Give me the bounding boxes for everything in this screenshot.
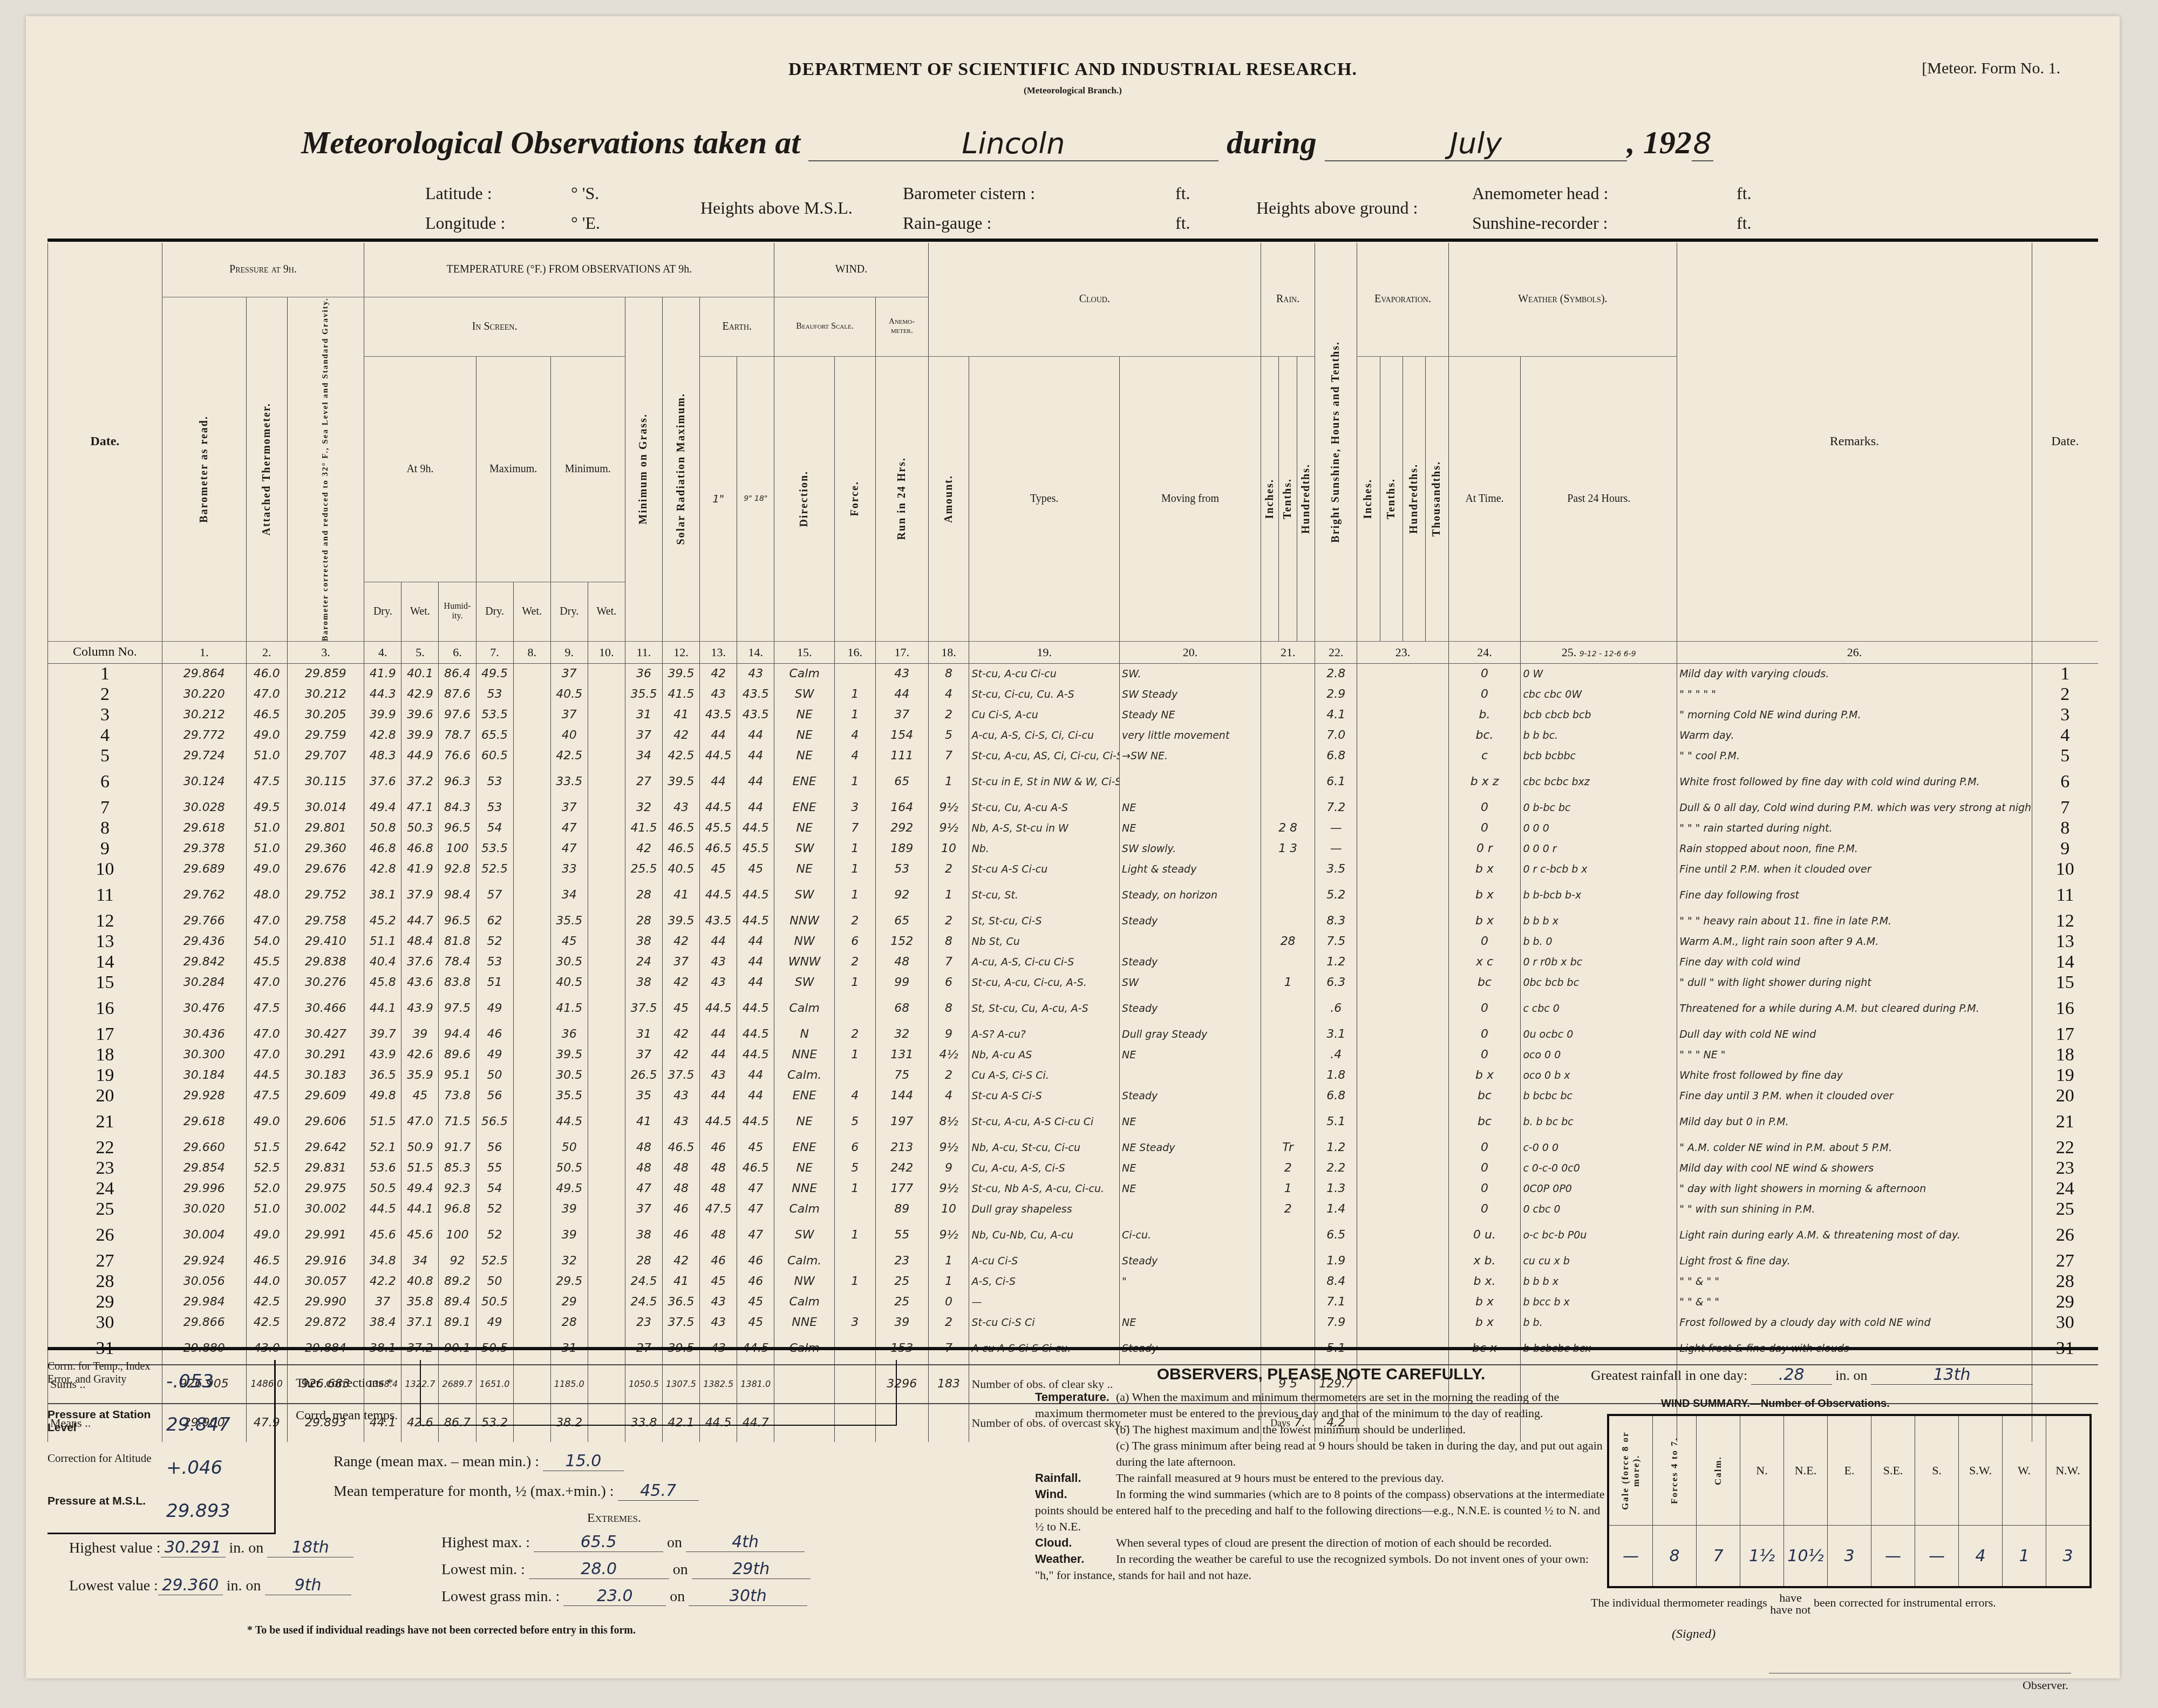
cloud-amount-cell[interactable]: 9 [928,1158,969,1179]
wind-run-cell[interactable]: 48 [875,952,928,972]
remarks-cell[interactable]: " day with light showers in morning & af… [1677,1179,2032,1199]
grass-min-cell[interactable]: 37 [625,1045,662,1065]
evaporation-cell[interactable] [1357,1271,1448,1292]
solar-max-cell[interactable]: 43 [662,1086,699,1106]
wet-bulb-cell[interactable]: 44.1 [401,1199,439,1220]
weather-at-time-cell[interactable]: 0 r [1448,839,1521,859]
wind-run-cell[interactable]: 68 [875,993,928,1024]
cloud-amount-cell[interactable]: 2 [928,1312,969,1333]
max-dry-cell[interactable]: 46 [476,1024,513,1045]
remarks-cell[interactable]: " " & " " [1677,1292,2032,1312]
rain-cell[interactable] [1261,1065,1315,1086]
date-cell[interactable]: 19 [48,1065,162,1086]
earth-1ft-cell[interactable]: 44.5 [700,798,737,818]
dry-bulb-cell[interactable]: 51.1 [364,931,401,952]
dry-bulb-cell[interactable]: 37.6 [364,766,401,798]
corrected-barometer-cell[interactable]: 29.990 [287,1292,364,1312]
humidity-cell[interactable]: 86.4 [439,663,476,684]
attached-thermometer-cell[interactable]: 44.5 [246,1065,287,1086]
wet-bulb-cell[interactable]: 42.6 [401,1045,439,1065]
wind-force-cell[interactable]: 6 [834,1138,875,1158]
date-cell[interactable]: 14 [48,952,162,972]
wind-direction-cell[interactable]: NE [774,705,834,725]
wind-direction-cell[interactable]: NNE [774,1312,834,1333]
cloud-amount-cell[interactable]: 9½ [928,1220,969,1251]
min-wet-cell[interactable] [588,952,625,972]
wind-run-cell[interactable]: 242 [875,1158,928,1179]
min-dry-cell[interactable]: 34 [550,880,588,911]
earth-1ft-cell[interactable]: 43.5 [700,911,737,931]
sunshine-cell[interactable]: .6 [1315,993,1357,1024]
solar-max-cell[interactable]: 41.5 [662,684,699,705]
weather-at-time-cell[interactable]: c [1448,746,1521,766]
min-dry-cell[interactable]: 47 [550,818,588,839]
date-cell[interactable]: 1 [48,663,162,684]
max-dry-cell[interactable]: 57 [476,880,513,911]
weather-past24-cell[interactable]: c-0 0 0 [1521,1138,1677,1158]
cloud-types-cell[interactable]: St-cu, Cu, A-cu A-S [969,798,1120,818]
humidity-cell[interactable]: 92.3 [439,1179,476,1199]
weather-at-time-cell[interactable]: 0 [1448,1024,1521,1045]
attached-thermometer-cell[interactable]: 51.0 [246,746,287,766]
min-dry-cell[interactable]: 29 [550,1292,588,1312]
date-right-cell[interactable]: 17 [2032,1024,2098,1045]
wind-run-cell[interactable]: 177 [875,1179,928,1199]
wind-run-cell[interactable]: 164 [875,798,928,818]
grass-min-cell[interactable]: 38 [625,1220,662,1251]
wind-direction-cell[interactable]: Calm [774,663,834,684]
dry-bulb-cell[interactable]: 49.4 [364,798,401,818]
evaporation-cell[interactable] [1357,818,1448,839]
min-wet-cell[interactable] [588,972,625,993]
earth-1ft-cell[interactable]: 43 [700,1312,737,1333]
earth-1ft-cell[interactable]: 46 [700,1138,737,1158]
wind-run-cell[interactable]: 89 [875,1199,928,1220]
wind-run-cell[interactable]: 189 [875,839,928,859]
sunshine-cell[interactable]: 1.8 [1315,1065,1357,1086]
cloud-moving-cell[interactable]: Light & steady [1120,859,1261,880]
max-wet-cell[interactable] [513,1158,550,1179]
weather-past24-cell[interactable]: 0 b-bc bc [1521,798,1677,818]
humidity-cell[interactable]: 95.1 [439,1065,476,1086]
earth-1ft-cell[interactable]: 44 [700,1045,737,1065]
min-dry-cell[interactable]: 42.5 [550,746,588,766]
cloud-moving-cell[interactable]: SW slowly. [1120,839,1261,859]
rain-cell[interactable] [1261,993,1315,1024]
attached-thermometer-cell[interactable]: 49.5 [246,798,287,818]
earth-9-18-cell[interactable]: 44.5 [737,1106,774,1138]
earth-1ft-cell[interactable]: 48 [700,1220,737,1251]
sunshine-cell[interactable]: 1.2 [1315,952,1357,972]
date-right-cell[interactable]: 25 [2032,1199,2098,1220]
earth-9-18-cell[interactable]: 43 [737,663,774,684]
dry-bulb-cell[interactable]: 46.8 [364,839,401,859]
humidity-cell[interactable]: 96.8 [439,1199,476,1220]
corrected-barometer-cell[interactable]: 29.759 [287,725,364,746]
wet-bulb-cell[interactable]: 39.6 [401,705,439,725]
weather-past24-cell[interactable]: 0 0 0 [1521,818,1677,839]
earth-1ft-cell[interactable]: 43 [700,684,737,705]
date-cell[interactable]: 4 [48,725,162,746]
min-wet-cell[interactable] [588,911,625,931]
corrected-barometer-cell[interactable]: 29.838 [287,952,364,972]
cloud-types-cell[interactable]: A-S? A-cu? [969,1024,1120,1045]
rain-cell[interactable] [1261,952,1315,972]
attached-thermometer-cell[interactable]: 54.0 [246,931,287,952]
wind-force-cell[interactable]: 1 [834,1045,875,1065]
dry-bulb-cell[interactable]: 37 [364,1292,401,1312]
cloud-types-cell[interactable]: Nb, A-cu, St-cu, Ci-cu [969,1138,1120,1158]
grass-min-cell[interactable]: 24.5 [625,1271,662,1292]
date-cell[interactable]: 24 [48,1179,162,1199]
date-cell[interactable]: 21 [48,1106,162,1138]
solar-max-cell[interactable]: 43 [662,798,699,818]
cloud-moving-cell[interactable]: Dull gray Steady [1120,1024,1261,1045]
min-wet-cell[interactable] [588,818,625,839]
weather-at-time-cell[interactable]: 0 [1448,1158,1521,1179]
wind-direction-cell[interactable]: Calm [774,1292,834,1312]
date-right-cell[interactable]: 27 [2032,1251,2098,1271]
attached-thermometer-cell[interactable]: 51.5 [246,1138,287,1158]
sunshine-cell[interactable]: 3.1 [1315,1024,1357,1045]
sunshine-cell[interactable]: .4 [1315,1045,1357,1065]
cloud-moving-cell[interactable] [1120,931,1261,952]
weather-at-time-cell[interactable]: x c [1448,952,1521,972]
weather-past24-cell[interactable]: 0 0 0 r [1521,839,1677,859]
attached-thermometer-cell[interactable]: 48.0 [246,880,287,911]
dry-bulb-cell[interactable]: 51.5 [364,1106,401,1138]
weather-at-time-cell[interactable]: b x z [1448,766,1521,798]
remarks-cell[interactable]: Light frost & fine day. [1677,1251,2032,1271]
evaporation-cell[interactable] [1357,952,1448,972]
weather-at-time-cell[interactable]: b x [1448,1065,1521,1086]
min-wet-cell[interactable] [588,1065,625,1086]
wind-run-cell[interactable]: 75 [875,1065,928,1086]
sunshine-cell[interactable]: 7.1 [1315,1292,1357,1312]
attached-thermometer-cell[interactable]: 49.0 [246,859,287,880]
humidity-cell[interactable]: 71.5 [439,1106,476,1138]
wind-run-cell[interactable]: 197 [875,1106,928,1138]
solar-max-cell[interactable]: 42 [662,1045,699,1065]
dry-bulb-cell[interactable]: 50.5 [364,1179,401,1199]
wind-run-cell[interactable]: 144 [875,1086,928,1106]
min-wet-cell[interactable] [588,1220,625,1251]
earth-1ft-cell[interactable]: 44.5 [700,993,737,1024]
cloud-amount-cell[interactable]: 2 [928,911,969,931]
cloud-moving-cell[interactable]: Steady [1120,911,1261,931]
min-wet-cell[interactable] [588,746,625,766]
weather-at-time-cell[interactable]: 0 [1448,1138,1521,1158]
cloud-amount-cell[interactable]: 7 [928,952,969,972]
min-wet-cell[interactable] [588,839,625,859]
date-right-cell[interactable]: 20 [2032,1086,2098,1106]
date-cell[interactable]: 2 [48,684,162,705]
sunshine-cell[interactable]: 6.1 [1315,766,1357,798]
weather-at-time-cell[interactable]: b x [1448,911,1521,931]
max-wet-cell[interactable] [513,1065,550,1086]
min-dry-cell[interactable]: 50 [550,1138,588,1158]
max-wet-cell[interactable] [513,1292,550,1312]
min-wet-cell[interactable] [588,684,625,705]
date-right-cell[interactable]: 4 [2032,725,2098,746]
wind-run-cell[interactable]: 213 [875,1138,928,1158]
sunshine-cell[interactable]: 2.2 [1315,1158,1357,1179]
min-wet-cell[interactable] [588,1024,625,1045]
remarks-cell[interactable]: " " " NE " [1677,1045,2032,1065]
corrected-barometer-cell[interactable]: 30.466 [287,993,364,1024]
wind-run-cell[interactable]: 32 [875,1024,928,1045]
earth-9-18-cell[interactable]: 45 [737,1138,774,1158]
attached-thermometer-cell[interactable]: 47.0 [246,684,287,705]
dry-bulb-cell[interactable]: 44.1 [364,993,401,1024]
barometer-cell[interactable]: 30.220 [162,684,246,705]
evaporation-cell[interactable] [1357,839,1448,859]
remarks-cell[interactable]: " morning Cold NE wind during P.M. [1677,705,2032,725]
grass-min-cell[interactable]: 24.5 [625,1292,662,1312]
attached-thermometer-cell[interactable]: 46.5 [246,1251,287,1271]
evaporation-cell[interactable] [1357,880,1448,911]
rain-cell[interactable]: Tr [1261,1138,1315,1158]
evaporation-cell[interactable] [1357,725,1448,746]
rain-cell[interactable] [1261,1220,1315,1251]
weather-at-time-cell[interactable]: b x [1448,880,1521,911]
grass-min-cell[interactable]: 28 [625,880,662,911]
earth-1ft-cell[interactable]: 43 [700,1292,737,1312]
earth-1ft-cell[interactable]: 44 [700,1086,737,1106]
weather-past24-cell[interactable]: cbc cbc 0W [1521,684,1677,705]
wind-direction-cell[interactable]: SW [774,1220,834,1251]
corrected-barometer-cell[interactable]: 30.276 [287,972,364,993]
cloud-moving-cell[interactable]: SW. [1120,663,1261,684]
cloud-amount-cell[interactable]: 2 [928,705,969,725]
weather-past24-cell[interactable]: c 0-c-0 0c0 [1521,1158,1677,1179]
evaporation-cell[interactable] [1357,1312,1448,1333]
remarks-cell[interactable]: " " with sun shining in P.M. [1677,1199,2032,1220]
weather-past24-cell[interactable]: oco 0 0 [1521,1045,1677,1065]
wet-bulb-cell[interactable]: 44.7 [401,911,439,931]
wind-force-cell[interactable]: 1 [834,1220,875,1251]
cloud-types-cell[interactable]: St-cu, A-cu, AS, Ci, Ci-cu, Ci-S. [969,746,1120,766]
rain-cell[interactable] [1261,1106,1315,1138]
weather-past24-cell[interactable]: b bcbc bc [1521,1086,1677,1106]
max-wet-cell[interactable] [513,1138,550,1158]
remarks-cell[interactable]: Fine day until 3 P.M. when it clouded ov… [1677,1086,2032,1106]
cloud-amount-cell[interactable]: 9½ [928,1138,969,1158]
remarks-cell[interactable]: Frost followed by a cloudy day with cold… [1677,1312,2032,1333]
rain-cell[interactable]: 1 [1261,1179,1315,1199]
wind-force-cell[interactable] [834,663,875,684]
wind-run-cell[interactable]: 292 [875,818,928,839]
cloud-amount-cell[interactable]: 1 [928,1251,969,1271]
rain-cell[interactable] [1261,859,1315,880]
max-dry-cell[interactable]: 53.5 [476,839,513,859]
wind-force-cell[interactable]: 4 [834,1086,875,1106]
remarks-cell[interactable]: " " " heavy rain about 11. fine in late … [1677,911,2032,931]
humidity-cell[interactable]: 97.5 [439,993,476,1024]
date-cell[interactable]: 25 [48,1199,162,1220]
cloud-moving-cell[interactable]: →SW NE. [1120,746,1261,766]
solar-max-cell[interactable]: 45 [662,993,699,1024]
wet-bulb-cell[interactable]: 40.1 [401,663,439,684]
cloud-moving-cell[interactable]: NE [1120,1179,1261,1199]
weather-at-time-cell[interactable]: bc. [1448,725,1521,746]
earth-9-18-cell[interactable]: 46.5 [737,1158,774,1179]
wind-force-cell[interactable]: 6 [834,931,875,952]
evaporation-cell[interactable] [1357,1065,1448,1086]
date-right-cell[interactable]: 21 [2032,1106,2098,1138]
wind-run-cell[interactable]: 23 [875,1251,928,1271]
earth-9-18-cell[interactable]: 44.5 [737,1045,774,1065]
sunshine-cell[interactable]: 4.1 [1315,705,1357,725]
min-wet-cell[interactable] [588,1271,625,1292]
date-right-cell[interactable]: 30 [2032,1312,2098,1333]
earth-9-18-cell[interactable]: 43.5 [737,705,774,725]
corrected-barometer-cell[interactable]: 29.831 [287,1158,364,1179]
cloud-types-cell[interactable]: St-cu, Ci-cu, Cu. A-S [969,684,1120,705]
wet-bulb-cell[interactable]: 47.1 [401,798,439,818]
dry-bulb-cell[interactable]: 48.3 [364,746,401,766]
wet-bulb-cell[interactable]: 41.9 [401,859,439,880]
cloud-amount-cell[interactable]: 4 [928,1086,969,1106]
attached-thermometer-cell[interactable]: 51.0 [246,839,287,859]
barometer-cell[interactable]: 30.184 [162,1065,246,1086]
earth-9-18-cell[interactable]: 44 [737,766,774,798]
wind-direction-cell[interactable]: Calm [774,1199,834,1220]
solar-max-cell[interactable]: 42 [662,1024,699,1045]
wind-run-cell[interactable]: 65 [875,766,928,798]
earth-9-18-cell[interactable]: 44 [737,725,774,746]
date-right-cell[interactable]: 8 [2032,818,2098,839]
dry-bulb-cell[interactable]: 42.8 [364,725,401,746]
rain-cell[interactable] [1261,725,1315,746]
dry-bulb-cell[interactable]: 52.1 [364,1138,401,1158]
attached-thermometer-cell[interactable]: 47.0 [246,972,287,993]
grass-min-cell[interactable]: 31 [625,1024,662,1045]
weather-past24-cell[interactable]: 0u ocbc 0 [1521,1024,1677,1045]
barometer-cell[interactable]: 29.618 [162,818,246,839]
wind-run-cell[interactable]: 39 [875,1312,928,1333]
barometer-cell[interactable]: 29.762 [162,880,246,911]
min-dry-cell[interactable]: 50.5 [550,1158,588,1179]
earth-9-18-cell[interactable]: 46 [737,1271,774,1292]
min-dry-cell[interactable]: 49.5 [550,1179,588,1199]
wet-bulb-cell[interactable]: 45 [401,1086,439,1106]
weather-past24-cell[interactable]: o-c bc-b P0u [1521,1220,1677,1251]
cloud-amount-cell[interactable]: 8 [928,663,969,684]
max-dry-cell[interactable]: 56 [476,1086,513,1106]
humidity-cell[interactable]: 92 [439,1251,476,1271]
wind-force-cell[interactable]: 1 [834,839,875,859]
cloud-moving-cell[interactable] [1120,1292,1261,1312]
barometer-cell[interactable]: 29.772 [162,725,246,746]
cloud-types-cell[interactable]: Nb, A-cu AS [969,1045,1120,1065]
max-wet-cell[interactable] [513,746,550,766]
attached-thermometer-cell[interactable]: 47.5 [246,1086,287,1106]
earth-1ft-cell[interactable]: 43 [700,972,737,993]
grass-min-cell[interactable]: 42 [625,839,662,859]
corrected-barometer-cell[interactable]: 29.642 [287,1138,364,1158]
rain-cell[interactable] [1261,705,1315,725]
cloud-amount-cell[interactable]: 7 [928,746,969,766]
barometer-cell[interactable]: 29.766 [162,911,246,931]
barometer-cell[interactable]: 30.436 [162,1024,246,1045]
wind-force-cell[interactable]: 2 [834,952,875,972]
corrected-barometer-cell[interactable]: 29.758 [287,911,364,931]
wind-run-cell[interactable]: 53 [875,859,928,880]
station-field[interactable]: Lincoln [808,126,1218,161]
wind-direction-cell[interactable]: NNE [774,1045,834,1065]
cloud-moving-cell[interactable]: Steady [1120,1251,1261,1271]
weather-at-time-cell[interactable]: bc [1448,1086,1521,1106]
min-wet-cell[interactable] [588,1292,625,1312]
wet-bulb-cell[interactable]: 39.9 [401,725,439,746]
min-wet-cell[interactable] [588,993,625,1024]
wind-direction-cell[interactable]: N [774,1024,834,1045]
grass-min-cell[interactable]: 47 [625,1179,662,1199]
cloud-types-cell[interactable]: St-cu A-S Ci-S [969,1086,1120,1106]
cloud-amount-cell[interactable]: 1 [928,1271,969,1292]
remarks-cell[interactable]: White frost followed by fine day [1677,1065,2032,1086]
remarks-cell[interactable]: " " cool P.M. [1677,746,2032,766]
grass-min-cell[interactable]: 48 [625,1158,662,1179]
attached-thermometer-cell[interactable]: 52.0 [246,1179,287,1199]
max-dry-cell[interactable]: 53 [476,798,513,818]
sunshine-cell[interactable]: 7.5 [1315,931,1357,952]
wind-run-cell[interactable]: 65 [875,911,928,931]
date-cell[interactable]: 15 [48,972,162,993]
wind-force-cell[interactable]: 3 [834,1312,875,1333]
barometer-cell[interactable]: 29.660 [162,1138,246,1158]
sunshine-cell[interactable]: 8.4 [1315,1271,1357,1292]
rain-cell[interactable]: 2 [1261,1199,1315,1220]
max-dry-cell[interactable]: 54 [476,818,513,839]
humidity-cell[interactable]: 89.4 [439,1292,476,1312]
max-dry-cell[interactable]: 49 [476,1312,513,1333]
attached-thermometer-cell[interactable]: 51.0 [246,818,287,839]
wind-direction-cell[interactable]: Calm. [774,1251,834,1271]
attached-thermometer-cell[interactable]: 52.5 [246,1158,287,1179]
grass-min-cell[interactable]: 25.5 [625,859,662,880]
cloud-types-cell[interactable]: Nb. [969,839,1120,859]
solar-max-cell[interactable]: 46.5 [662,818,699,839]
date-right-cell[interactable]: 18 [2032,1045,2098,1065]
barometer-cell[interactable]: 30.300 [162,1045,246,1065]
date-right-cell[interactable]: 16 [2032,993,2098,1024]
wind-run-cell[interactable]: 55 [875,1220,928,1251]
sunshine-cell[interactable]: 7.0 [1315,725,1357,746]
rain-cell[interactable] [1261,1086,1315,1106]
wind-direction-cell[interactable]: NNW [774,911,834,931]
max-dry-cell[interactable]: 49 [476,993,513,1024]
wind-run-cell[interactable]: 99 [875,972,928,993]
max-dry-cell[interactable]: 56.5 [476,1106,513,1138]
min-wet-cell[interactable] [588,1086,625,1106]
date-cell[interactable]: 29 [48,1292,162,1312]
min-dry-cell[interactable]: 30.5 [550,952,588,972]
max-dry-cell[interactable]: 52 [476,1220,513,1251]
date-cell[interactable]: 5 [48,746,162,766]
attached-thermometer-cell[interactable]: 46.0 [246,663,287,684]
corrected-barometer-cell[interactable]: 29.975 [287,1179,364,1199]
attached-thermometer-cell[interactable]: 42.5 [246,1312,287,1333]
earth-9-18-cell[interactable]: 45 [737,1292,774,1312]
grass-min-cell[interactable]: 36 [625,663,662,684]
date-cell[interactable]: 9 [48,839,162,859]
cloud-moving-cell[interactable]: NE [1120,798,1261,818]
sunshine-cell[interactable]: — [1315,839,1357,859]
wind-run-cell[interactable]: 44 [875,684,928,705]
humidity-cell[interactable]: 89.1 [439,1312,476,1333]
